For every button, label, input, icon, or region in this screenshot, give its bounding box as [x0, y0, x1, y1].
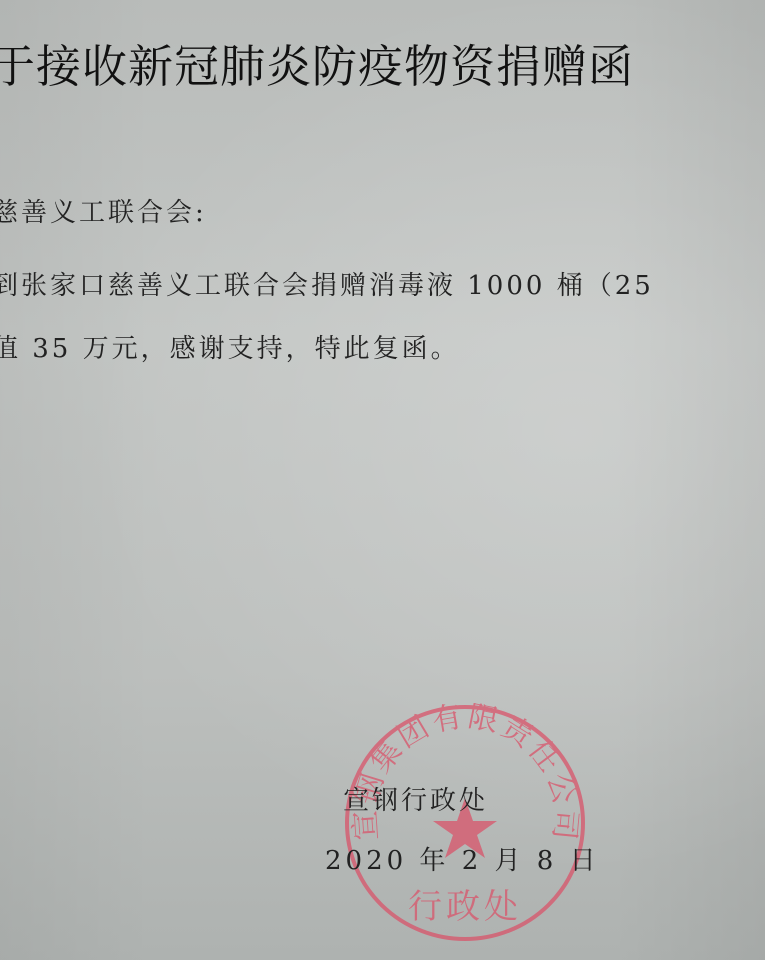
date: 2020 年 2 月 8 日	[325, 840, 600, 877]
salutation: 慈善义工联合会:	[0, 192, 207, 229]
seal-inner-text: 行政处	[408, 887, 522, 927]
signer: 宣钢行政处	[343, 780, 488, 817]
body-line-2: 值 35 万元，感谢支持，特此复函。	[0, 328, 460, 365]
body-line-1: 到张家口慈善义工联合会捐赠消毒液 1000 桶（25	[0, 265, 654, 302]
official-seal-icon: 宣钢集团有限责任公司 行政处	[343, 703, 588, 943]
document-title: 于接收新冠肺炎防疫物资捐赠函	[0, 30, 634, 95]
